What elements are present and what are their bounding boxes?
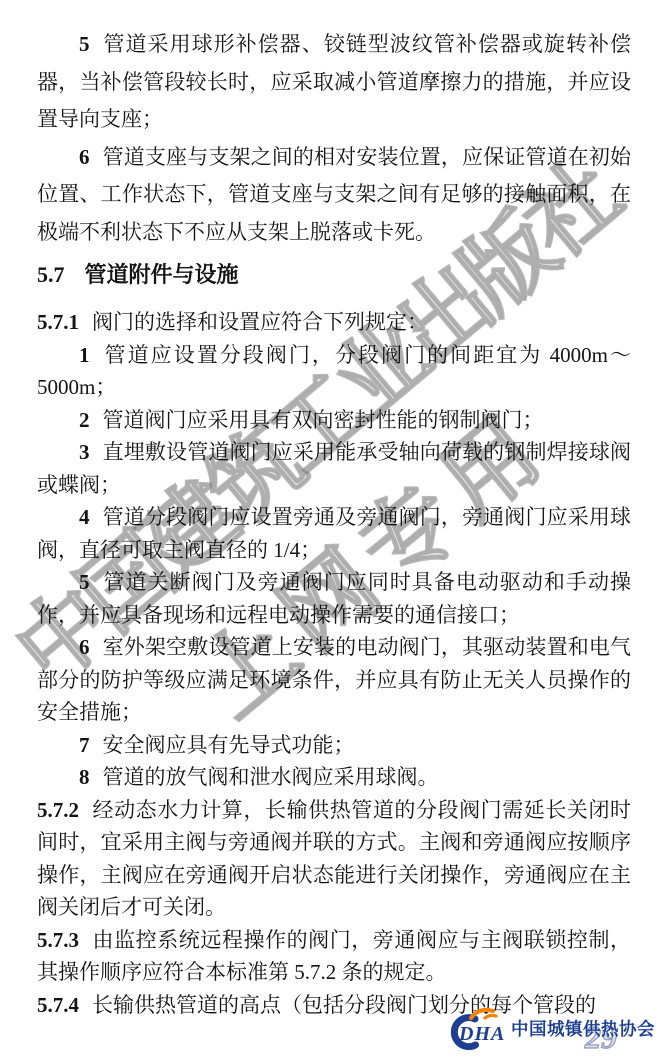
paragraph-text: 阀门的选择和设置应符合下列规定： (92, 310, 428, 334)
paragraph-number: 7 (79, 733, 90, 757)
association-name: 中国城镇供热协会 (511, 1016, 655, 1041)
item-paragraph: 3直埋敷设管道阀门应采用能承受轴向荷载的钢制焊接球阀或蝶阀； (37, 436, 631, 501)
item-paragraph: 2管道阀门应采用具有双向密封性能的钢制阀门； (37, 404, 631, 437)
item-paragraph: 5管道采用球形补偿器、铰链型波纹管补偿器或旋转补偿器，当补偿管段较长时，应采取减… (37, 26, 631, 139)
section-number: 5.7 (37, 262, 65, 287)
paragraph-text: 直埋敷设管道阀门应采用能承受轴向荷载的钢制焊接球阀或蝶阀； (37, 440, 631, 497)
section-title: 管道附件与设施 (85, 262, 239, 287)
paragraph-text: 管道支座与支架之间的相对安装位置，应保证管道在初始位置、工作状态下，管道支座与支… (37, 145, 631, 244)
paragraph-number: 3 (79, 440, 90, 464)
paragraph-text: 管道的放气阀和泄水阀应采用球阀。 (103, 765, 439, 789)
paragraph-text: 管道关断阀门及旁通阀门应同时具备电动驱动和手动操作，并应具备现场和远程电动操作需… (37, 570, 631, 627)
paragraph-number: 4 (79, 505, 90, 529)
clause-paragraph: 5.7.3由监控系统远程操作的阀门，旁通阀应与主阀联锁控制，其操作顺序应符合本标… (37, 924, 631, 989)
paragraph-text: 管道分段阀门应设置旁通及旁通阀门，旁通阀门应采用球阀，直径可取主阀直径的 1/4… (37, 505, 631, 562)
paragraph-number: 5.7.1 (37, 310, 79, 334)
cdha-logo-icon: DHA (441, 1006, 505, 1050)
item-paragraph: 6管道支座与支架之间的相对安装位置，应保证管道在初始位置、工作状态下，管道支座与… (37, 139, 631, 252)
section-heading: 5.7管道附件与设施 (37, 260, 631, 290)
paragraph-text: 管道阀门应采用具有双向密封性能的钢制阀门； (103, 408, 544, 432)
paragraph-text: 由监控系统远程操作的阀门，旁通阀应与主阀联锁控制，其操作顺序应符合本标准第 5.… (37, 928, 631, 985)
paragraph-number: 8 (79, 765, 90, 789)
item-paragraph: 4管道分段阀门应设置旁通及旁通阀门，旁通阀门应采用球阀，直径可取主阀直径的 1/… (37, 501, 631, 566)
paragraph-number: 2 (79, 408, 90, 432)
logo-acronym-text: DHA (458, 1023, 505, 1045)
paragraph-text: 管道采用球形补偿器、铰链型波纹管补偿器或旋转补偿器，当补偿管段较长时，应采取减小… (37, 32, 631, 131)
paragraph-number: 5.7.4 (37, 993, 79, 1017)
item-paragraph: 6室外架空敷设管道上安装的电动阀门，其驱动装置和电气部分的防护等级应满足环境条件… (37, 631, 631, 729)
document-body: 5管道采用球形补偿器、铰链型波纹管补偿器或旋转补偿器，当补偿管段较长时，应采取减… (37, 26, 631, 1021)
paragraph-text: 安全阀应具有先导式功能； (103, 733, 355, 757)
paragraph-number: 5.7.3 (37, 928, 79, 952)
page-footer: 29 DHA 中国城镇供热协会 (441, 1006, 655, 1050)
clause-paragraph: 5.7.2经动态水力计算，长输供热管道的分段阀门需延长关闭时间时，宜采用主阀与旁… (37, 794, 631, 924)
paragraph-number: 1 (79, 343, 90, 367)
paragraph-text: 经动态水力计算，长输供热管道的分段阀门需延长关闭时间时，宜采用主阀与旁通阀并联的… (37, 798, 631, 920)
paragraph-number: 5.7.2 (37, 798, 79, 822)
paragraph-text: 管道应设置分段阀门，分段阀门的间距宜为 4000m～5000m； (37, 343, 631, 400)
item-paragraph: 5管道关断阀门及旁通阀门应同时具备电动驱动和手动操作，并应具备现场和远程电动操作… (37, 566, 631, 631)
document-page: 中国建筑工业出版社 上网专用 5管道采用球形补偿器、铰链型波纹管补偿器或旋转补偿… (0, 0, 667, 1058)
paragraph-number: 5 (79, 570, 90, 594)
paragraph-number: 6 (79, 145, 90, 169)
paragraph-number: 5 (79, 32, 90, 56)
item-paragraph: 1管道应设置分段阀门，分段阀门的间距宜为 4000m～5000m； (37, 339, 631, 404)
paragraph-number: 6 (79, 635, 90, 659)
item-paragraph: 7安全阀应具有先导式功能； (37, 729, 631, 762)
item-paragraph: 8管道的放气阀和泄水阀应采用球阀。 (37, 761, 631, 794)
clause-paragraph: 5.7.1阀门的选择和设置应符合下列规定： (37, 306, 631, 339)
paragraph-text: 室外架空敷设管道上安装的电动阀门，其驱动装置和电气部分的防护等级应满足环境条件，… (37, 635, 631, 724)
